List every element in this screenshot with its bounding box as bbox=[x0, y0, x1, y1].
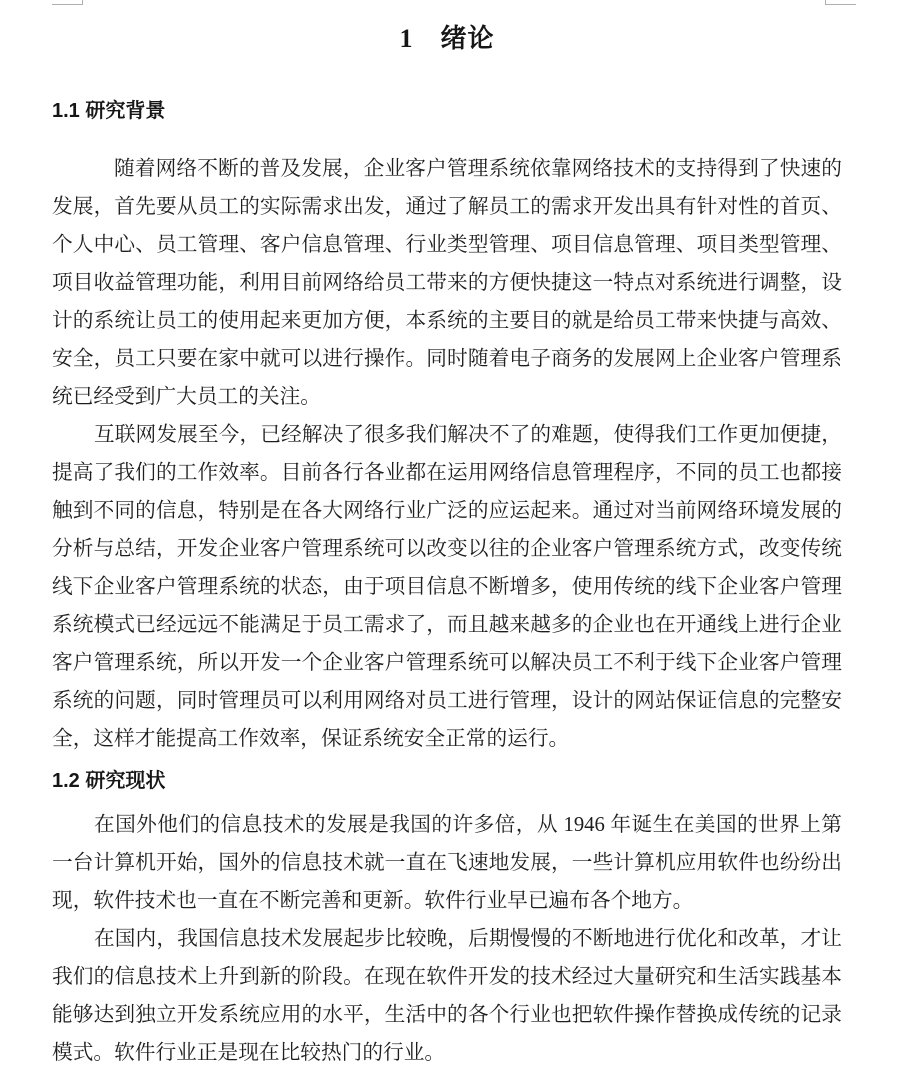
section-heading-research-background: 1.1 研究背景 bbox=[52, 98, 915, 124]
document-page: 1 绪论 1.1 研究背景 随着网络不断的普及发展，企业客户管理系统依靠网络技术… bbox=[0, 0, 915, 1065]
paragraph: 互联网发展至今，已经解决了很多我们解决不了的难题，使得我们工作更加便捷，提高了我… bbox=[52, 416, 842, 758]
chapter-title: 1 绪论 bbox=[52, 22, 842, 56]
paragraph: 在国外他们的信息技术的发展是我国的许多倍，从 1946 年诞生在美国的世界上第一… bbox=[52, 806, 842, 920]
paragraph: 随着网络不断的普及发展，企业客户管理系统依靠网络技术的支持得到了快速的发展，首先… bbox=[52, 150, 842, 416]
section-heading-research-status: 1.2 研究现状 bbox=[52, 768, 915, 794]
crop-mark-top-right bbox=[825, 0, 856, 5]
crop-mark-top-left bbox=[52, 0, 83, 5]
paragraph: 在国内，我国信息技术发展起步比较晚，后期慢慢的不断地进行优化和改革，才让我们的信… bbox=[52, 920, 842, 1065]
